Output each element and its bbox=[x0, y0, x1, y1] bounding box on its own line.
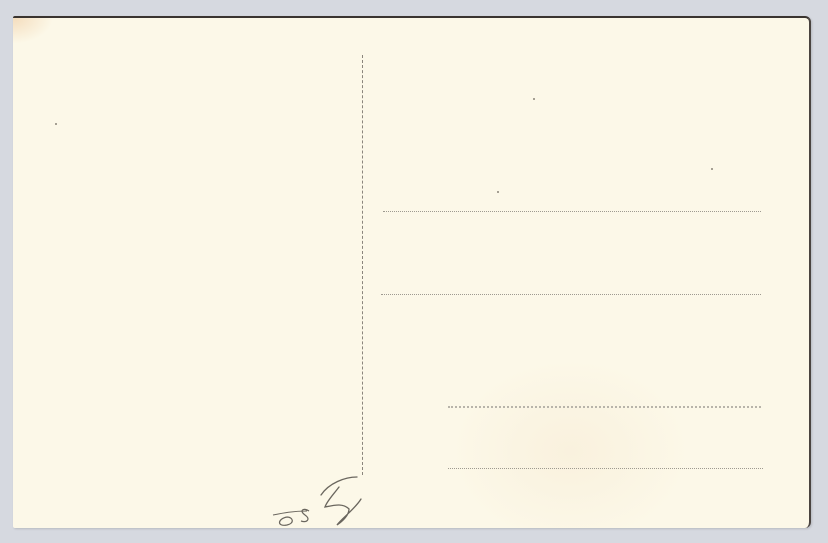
address-line-1 bbox=[383, 211, 761, 212]
postcard-back bbox=[13, 16, 811, 528]
address-line-2 bbox=[381, 294, 761, 295]
center-divider-line bbox=[362, 55, 363, 475]
address-line-3 bbox=[448, 406, 761, 408]
paper-speck bbox=[711, 168, 713, 170]
handwritten-pencil-note bbox=[263, 473, 373, 533]
paper-speck bbox=[55, 123, 57, 125]
address-line-4 bbox=[448, 468, 763, 469]
paper-speck bbox=[497, 191, 499, 193]
paper-speck bbox=[533, 98, 535, 100]
